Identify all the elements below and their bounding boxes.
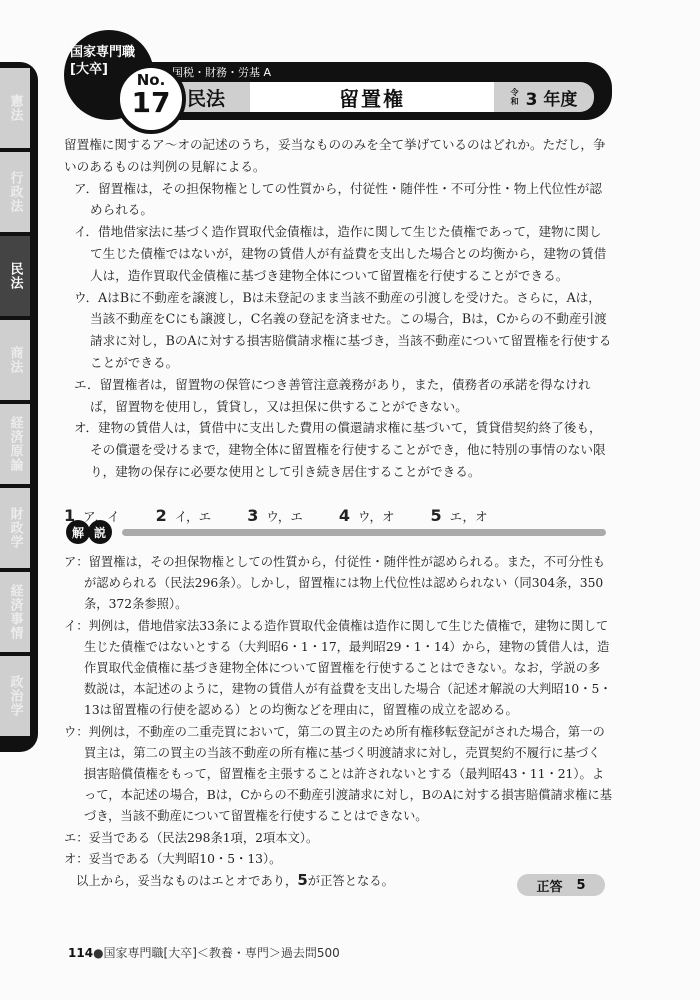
correct-answer-value: 5: [576, 878, 585, 893]
conclusion-answer-number: 5: [297, 871, 307, 889]
explanation-o: オ：妥当である（大判昭10・5・13）。: [64, 849, 612, 870]
era-label: 令和: [511, 88, 520, 106]
explanation-header: 解 説: [66, 520, 606, 546]
tab-public-finance[interactable]: 財政学: [0, 488, 30, 568]
conclusion-text: 以上から，妥当なものはエとオであり，: [76, 874, 297, 888]
tab-commercial-law[interactable]: 商法: [0, 320, 30, 400]
question-header: 国家専門職 [大卒] 国税・財務・労基 A 民法 留置権 令和 3 年度 No.…: [58, 30, 618, 128]
correct-answer-label: 正答: [536, 876, 562, 895]
explanation-body: ア：留置権は，その担保物権としての性質から，付従性・随伴性が認められる。また，不…: [64, 552, 612, 892]
book-title: 国家専門職[大卒]＜教養・専門＞過去問500: [104, 946, 340, 960]
question-title: 留置権: [250, 82, 494, 112]
question-number-badge: No. 17: [116, 64, 186, 134]
correct-answer-badge: 正答 5: [517, 874, 605, 896]
question-body: 留置権に関するア～オの記述のうち，妥当なもののみを全て挙げているのはどれか。ただ…: [64, 134, 612, 528]
page-footer: 114●国家専門職[大卒]＜教養・専門＞過去問500: [68, 944, 340, 961]
explanation-a: ア：留置権は，その担保物権としての性質から，付従性・随伴性が認められる。また，不…: [64, 552, 612, 616]
explanation-i: イ：判例は，借地借家法33条による造作買取代金債権は造作に関して生じた債権で，建…: [64, 616, 612, 722]
conclusion-text-end: が正答となる。: [308, 874, 394, 888]
statement-e: エ．留置権者は，留置物の保管につき善管注意義務があり，また，債務者の承諾を得なけ…: [64, 374, 612, 418]
exam-name: 国家専門職: [70, 44, 135, 61]
question-intro: 留置権に関するア～オの記述のうち，妥当なもののみを全て挙げているのはどれか。ただ…: [64, 134, 612, 178]
tab-economics-theory[interactable]: 経済原論: [0, 404, 30, 484]
statement-u: ウ．AはBに不動産を譲渡し，Bは未登記のまま当該不動産の引渡しを受けた。さらに，…: [64, 287, 612, 374]
exam-year: 令和 3 年度: [494, 82, 594, 112]
explanation-u: ウ：判例は，不動産の二重売買において，第二の買主のため所有権移転登記がされた場合…: [64, 722, 612, 828]
tab-economic-affairs[interactable]: 経済事情: [0, 572, 30, 652]
title-bar: 国税・財務・労基 A 民法 留置権 令和 3 年度: [142, 62, 612, 120]
section-divider: [122, 529, 606, 536]
explanation-badge-2: 説: [88, 520, 112, 544]
statement-o: オ．建物の賃借人は，賃借中に支出した費用の償還請求権に基づいて，賃貸借契約終了後…: [64, 417, 612, 482]
bullet-icon: ●: [93, 946, 103, 960]
statement-i: イ．借地借家法に基づく造作買取代金債権は，造作に関して生じた債権であって，建物に…: [64, 221, 612, 286]
exam-category: 国税・財務・労基 A: [172, 64, 271, 80]
year-label: 3 年度: [526, 85, 578, 110]
tab-political-science[interactable]: 政治学: [0, 656, 30, 736]
tab-civil-law[interactable]: 民法: [0, 236, 30, 316]
explanation-badge-1: 解: [66, 520, 90, 544]
page-number: 114: [68, 946, 93, 960]
tab-constitution[interactable]: 憲法: [0, 68, 30, 148]
explanation-e: エ：妥当である（民法298条1項，2項本文）。: [64, 828, 612, 849]
subject-tab-strip: 憲法 行政法 民法 商法 経済原論 財政学 経済事情 政治学: [0, 62, 38, 752]
tab-administrative-law[interactable]: 行政法: [0, 152, 30, 232]
question-number: 17: [120, 88, 182, 118]
statement-a: ア．留置権は，その担保物権としての性質から，付従性・随伴性・不可分性・物上代位性…: [64, 178, 612, 222]
